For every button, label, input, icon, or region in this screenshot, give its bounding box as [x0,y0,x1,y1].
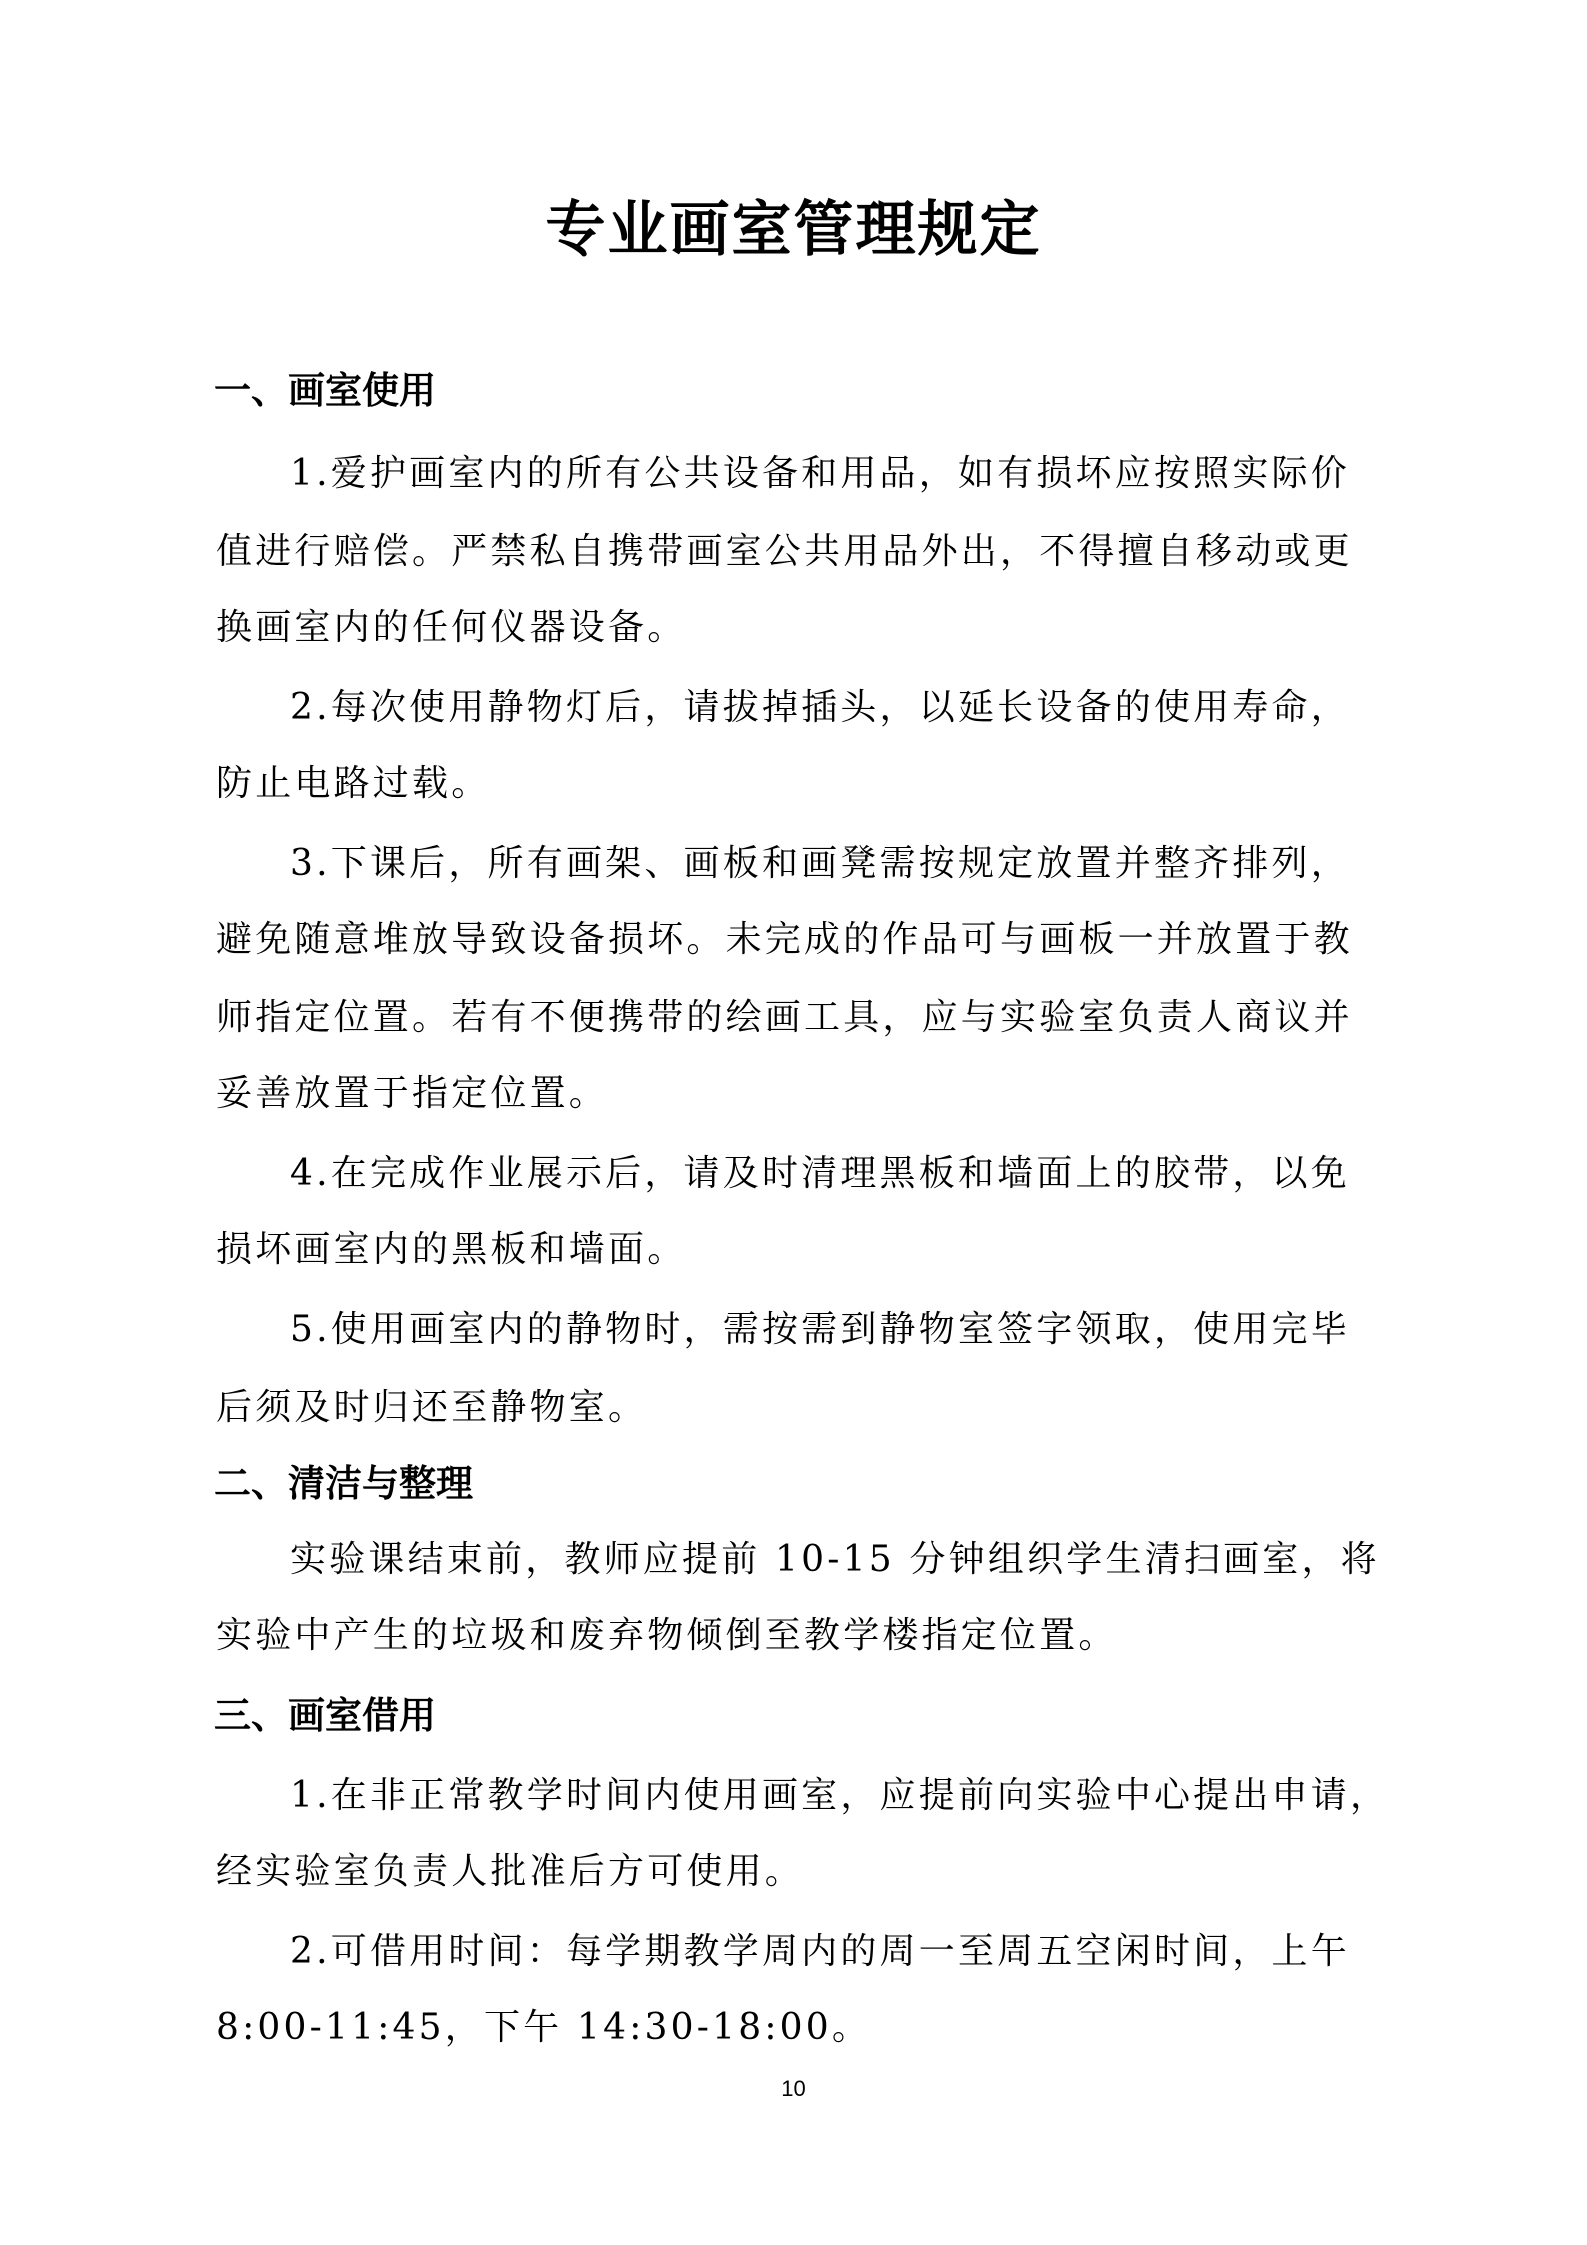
paragraph-line: 2.每次使用静物灯后，请拔掉插头，以延长设备的使用寿命， [290,683,1376,733]
paragraph-line: 2.可借用时间：每学期教学周内的周一至周五空闲时间，上午 [290,1927,1376,1977]
paragraph-line: 值进行赔偿。严禁私自携带画室公共用品外出，不得擅自移动或更 [216,527,1376,577]
page-number: 10 [0,2076,1587,2102]
paragraph-line: 经实验室负责人批准后方可使用。 [216,1847,1376,1897]
paragraph-line: 4.在完成作业展示后，请及时清理黑板和墙面上的胶带，以免 [290,1149,1376,1199]
paragraph-line: 损坏画室内的黑板和墙面。 [216,1225,1376,1275]
paragraph-line: 防止电路过载。 [216,759,1376,809]
paragraph-line: 师指定位置。若有不便携带的绘画工具，应与实验室负责人商议并 [216,993,1376,1043]
paragraph-line: 5.使用画室内的静物时，需按需到静物室签字领取，使用完毕 [290,1305,1376,1355]
paragraph-line: 后须及时归还至静物室。 [216,1383,1376,1433]
paragraph-line: 换画室内的任何仪器设备。 [216,603,1376,653]
document-title: 专业画室管理规定 [0,192,1587,268]
paragraph-line: 8:00-11:45，下午 14:30-18:00。 [216,2003,1376,2053]
paragraph-line: 3.下课后，所有画架、画板和画凳需按规定放置并整齐排列， [290,839,1376,889]
section-heading-studio-use: 一、画室使用 [214,366,436,416]
section-heading-borrowing: 三、画室借用 [214,1691,436,1741]
section-heading-cleaning: 二、清洁与整理 [214,1459,473,1509]
paragraph-line: 实验中产生的垃圾和废弃物倾倒至教学楼指定位置。 [216,1611,1376,1661]
paragraph-line: 妥善放置于指定位置。 [216,1069,1376,1119]
paragraph-line: 1.爱护画室内的所有公共设备和用品，如有损坏应按照实际价 [290,449,1376,499]
paragraph-line: 避免随意堆放导致设备损坏。未完成的作品可与画板一并放置于教 [216,915,1376,965]
paragraph-line: 1.在非正常教学时间内使用画室，应提前向实验中心提出申请， [290,1771,1376,1821]
paragraph-line: 实验课结束前，教师应提前 10-15 分钟组织学生清扫画室，将 [290,1535,1376,1585]
